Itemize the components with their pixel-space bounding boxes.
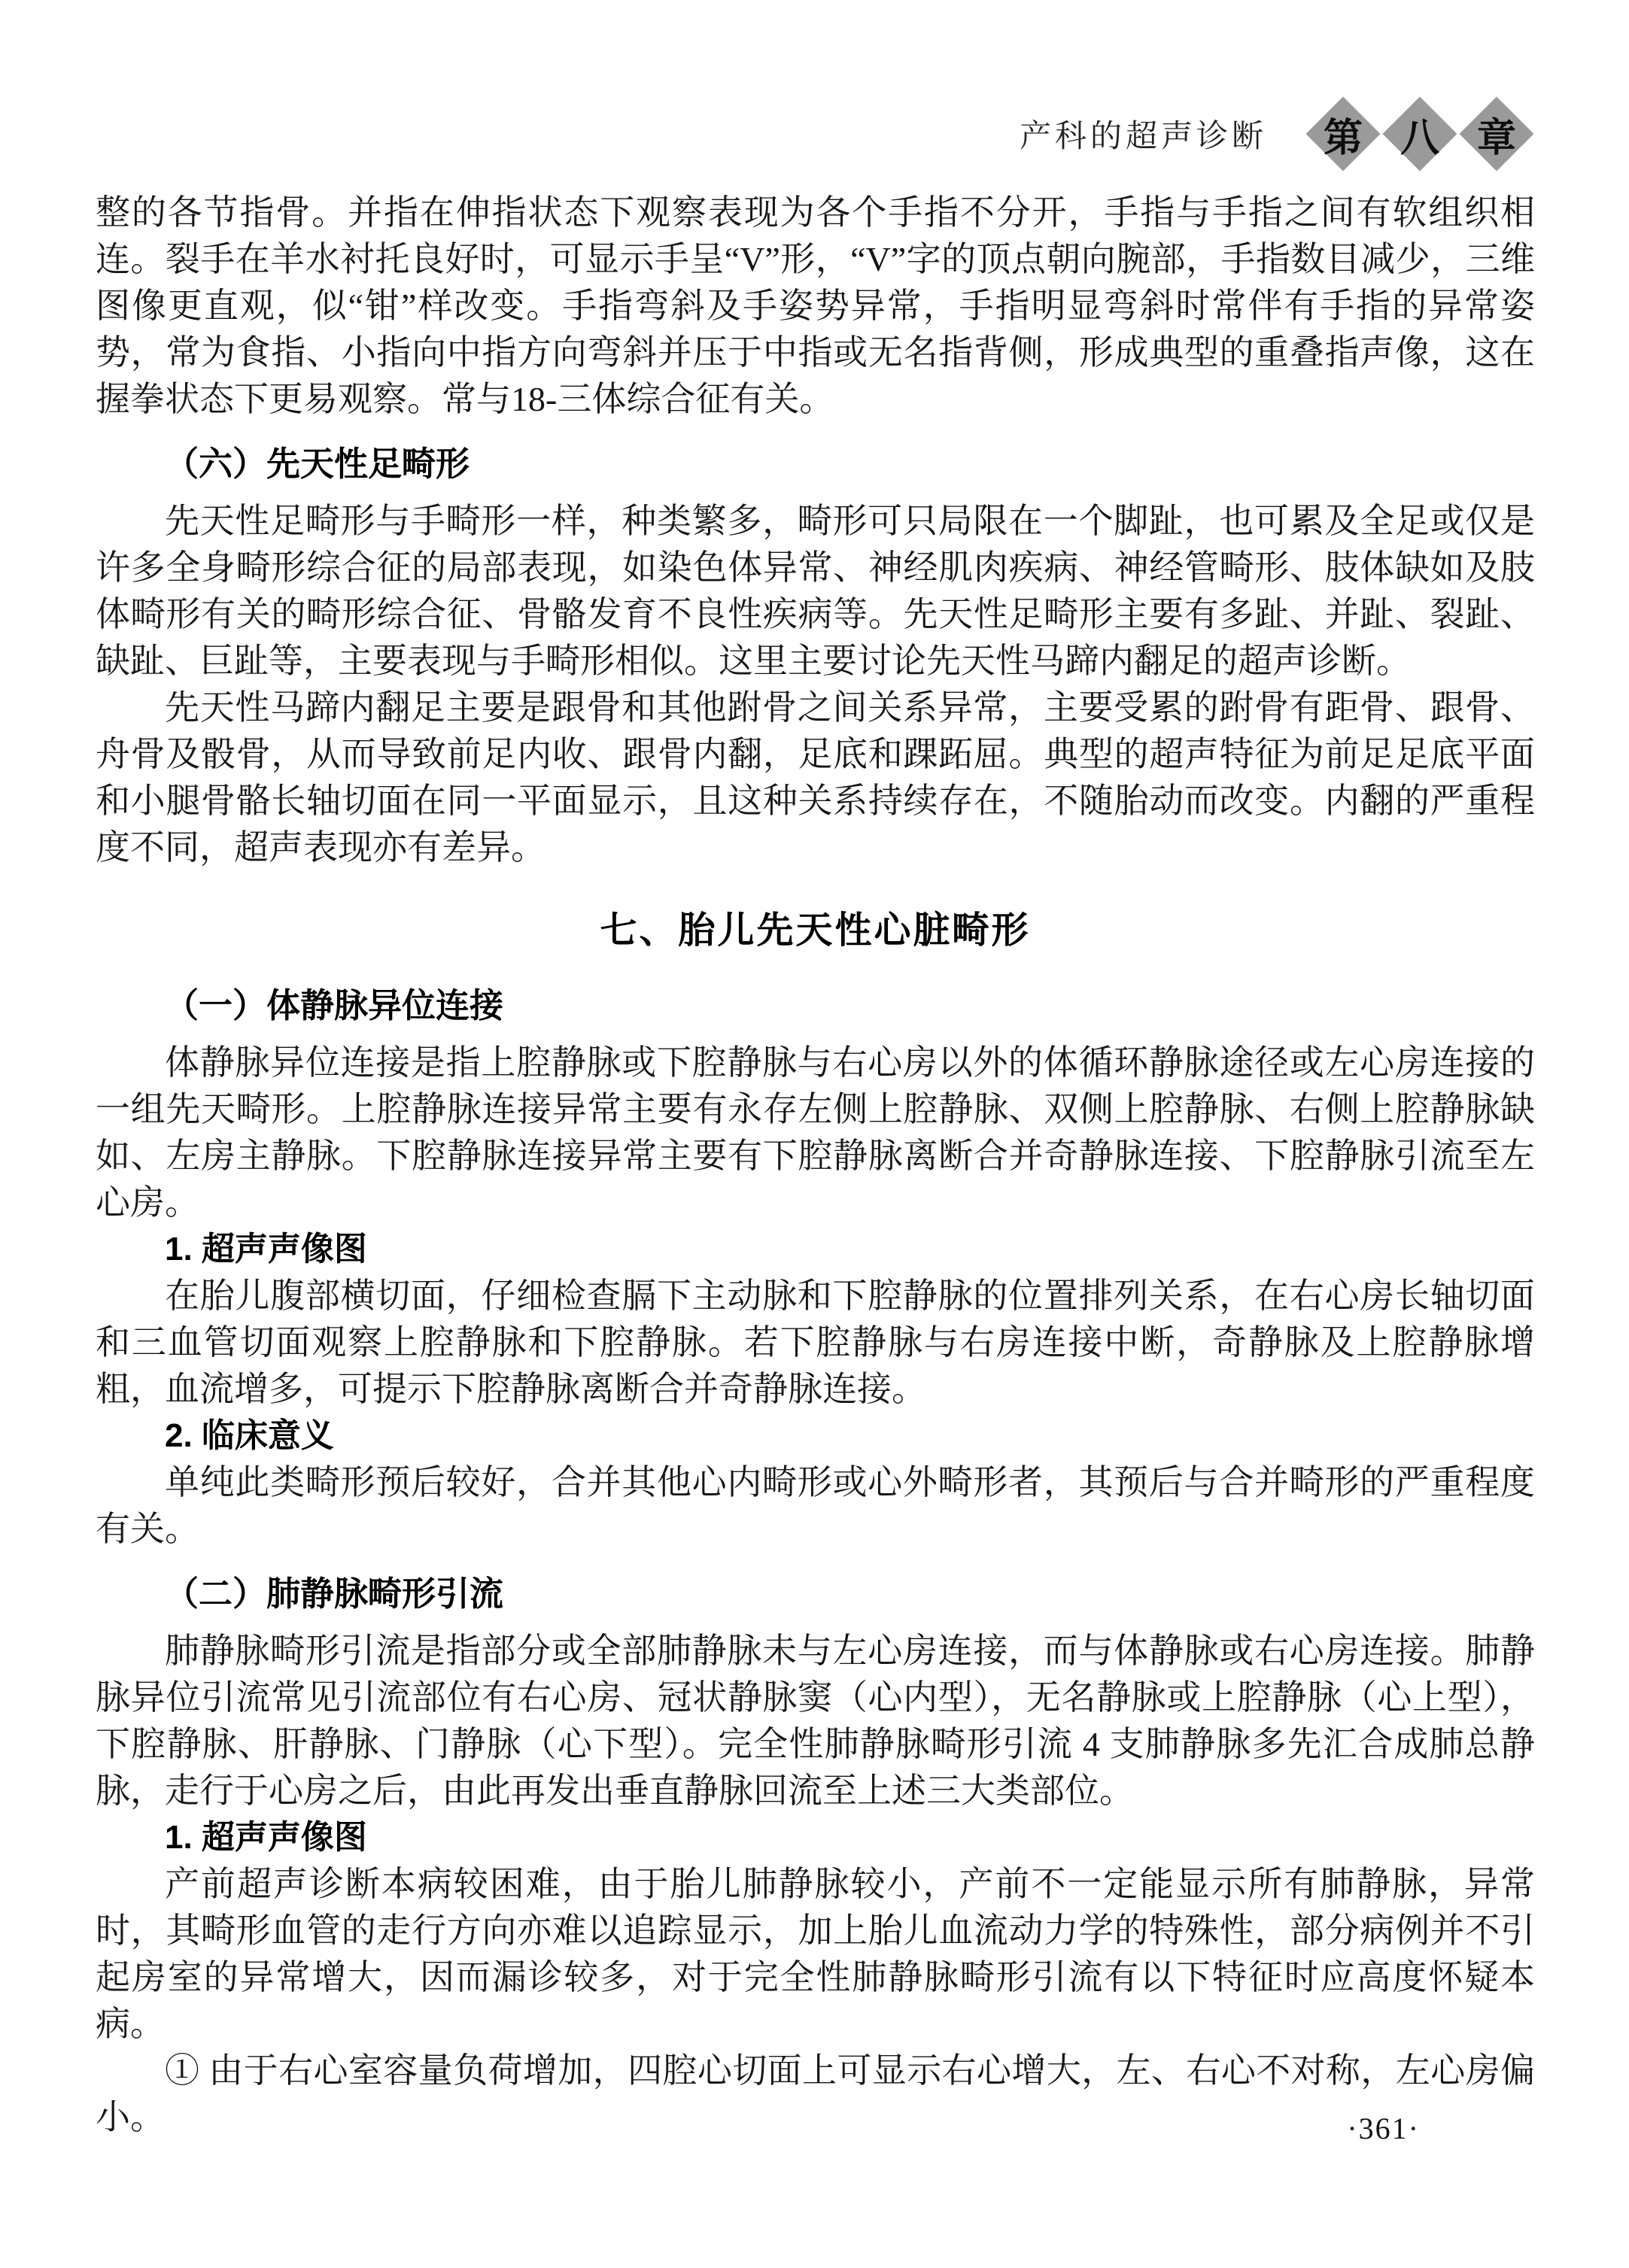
subsection-heading-6-congenital-foot-deformity: （六）先天性足畸形 [96, 441, 1535, 487]
chapter-header-title: 产科的超声诊断 [1020, 111, 1267, 156]
numbered-heading-clinical-significance: 2. 临床意义 [96, 1413, 1535, 1459]
chapter-badge: 第 八 章 [1305, 92, 1535, 176]
book-page: 产科的超声诊断 第 八 章 整的各节指骨。并指在伸指状态下观察表现为各个手指不分… [0, 0, 1629, 2268]
main-section-heading-fetal-congenital-heart-malformation: 七、胎儿先天性心脏畸形 [96, 904, 1535, 957]
chapter-badge-diamond-3: 章 [1458, 92, 1535, 176]
paragraph: 产前超声诊断本病较困难，由于胎儿肺静脉较小，产前不一定能显示所有肺静脉，异常时，… [96, 1861, 1535, 2048]
paragraph: 在胎儿腹部横切面，仔细检查膈下主动脉和下腔静脉的位置排列关系，在右心房长轴切面和… [96, 1273, 1535, 1413]
chapter-badge-char: 章 [1458, 92, 1535, 176]
chapter-badge-char: 八 [1381, 92, 1458, 176]
paragraph: 先天性足畸形与手畸形一样，种类繁多，畸形可只局限在一个脚趾，也可累及全足或仅是许… [96, 498, 1535, 685]
paragraph: 肺静脉畸形引流是指部分或全部肺静脉未与左心房连接，而与体静脉或右心房连接。肺静脉… [96, 1628, 1535, 1814]
page-header: 产科的超声诊断 第 八 章 [96, 89, 1535, 179]
paragraph: 单纯此类畸形预后较好，合并其他心内畸形或心外畸形者，其预后与合并畸形的严重程度有… [96, 1459, 1535, 1553]
numbered-heading-ultrasound-image: 1. 超声声像图 [96, 1814, 1535, 1861]
subsection-heading-1-systemic-venous-anomalous-connection: （一）体静脉异位连接 [96, 982, 1535, 1029]
page-body: 整的各节指骨。并指在伸指状态下观察表现为各个手指不分开，手指与手指之间有软组织相… [96, 190, 1535, 2141]
numbered-heading-ultrasound-image: 1. 超声声像图 [96, 1226, 1535, 1273]
paragraph-item-1: ① 由于右心室容量负荷增加，四腔心切面上可显示右心增大，左、右心不对称，左心房偏… [96, 2048, 1535, 2141]
subsection-heading-2-anomalous-pulmonary-venous-drainage: （二）肺静脉畸形引流 [96, 1571, 1535, 1617]
chapter-badge-diamond-2: 八 [1381, 92, 1458, 176]
paragraph-continued: 整的各节指骨。并指在伸指状态下观察表现为各个手指不分开，手指与手指之间有软组织相… [96, 190, 1535, 423]
chapter-badge-diamond-1: 第 [1305, 92, 1381, 176]
page-number: ·361· [1347, 2111, 1420, 2146]
paragraph: 先天性马蹄内翻足主要是跟骨和其他跗骨之间关系异常，主要受累的跗骨有距骨、跟骨、舟… [96, 685, 1535, 871]
paragraph: 体静脉异位连接是指上腔静脉或下腔静脉与右心房以外的体循环静脉途径或左心房连接的一… [96, 1040, 1535, 1226]
chapter-badge-char: 第 [1305, 92, 1381, 176]
